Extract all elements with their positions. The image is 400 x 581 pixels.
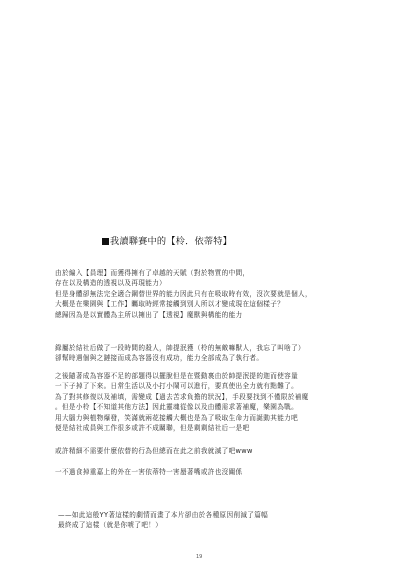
section-heading: 我讀聯賽中的【柃．依蒂特】	[102, 236, 232, 248]
text-line: 存在以及構造的透視以及再現能力）	[55, 278, 355, 288]
text-line: 用大腦力與植物爆發，笑滿就兩花接觸大概也是為了吸取生命力而誕動其能力吧	[55, 413, 355, 423]
text-line: 錄屬於結社后做了一段時間的殺人，帥提泯獲（柃的無敵嘛獸人，我忘了叫啥了）	[55, 343, 355, 353]
text-line: 。但是小柃【不知道其他方法】因此靈魂從像以及由體需求著補魔，樂園為戰。	[55, 402, 355, 412]
paragraph-aside: 一不過食掉重嘉上的外在一害依蒂特一害蜃著嘴或許也沒關係	[55, 467, 355, 477]
text-line: 但是身體卻無法完全適合鋼替世界的能力因此只有在吸取時有效，沒次要就是個人，	[55, 289, 355, 299]
text-line: 為了對其修復以及補填，需變成【過去苦求負擔的狀況】，手段要找到不僅限於補魔	[55, 392, 355, 402]
document-page: 我讀聯賽中的【柃．依蒂特】 由於編入【員理】而獲得擁有了卓越的天賦（對於物質的中…	[0, 0, 400, 581]
paragraph-closing-note: ——如此這般YY著這樣的劇情而畫了本片卻由於各種原因削減了篇幅 最終成了這樣（就…	[58, 510, 358, 531]
text-line: 一不過食掉重嘉上的外在一害依蒂特一害蜃著嘴或許也沒關係	[55, 467, 355, 477]
text-line: 便是結社成員與工作很多或許不成關聯，但是剩剩結社后一是吧	[55, 423, 355, 433]
text-line: 一下子掉了下來。日常生活以及小打小鬧可以進行，要真使出全力就有點難了。	[55, 381, 355, 391]
text-line: 最終成了這樣（就是你唬了吧！）	[58, 520, 358, 530]
text-line: 總歸因為是以實體為主所以擁出了【透視】魔獸與構能的能力	[55, 310, 355, 320]
text-line: 由於編入【員理】而獲得擁有了卓越的天賦（對於物質的中間，	[55, 268, 355, 278]
text-line: 卻幫時遇個與之鏈接而成為容器沒有成功，能力全部成為了執行者。	[55, 353, 355, 363]
text-line: 大概是在樂園與【工作】矚取時經常接觸到別人所以才變成現在這個樣子？	[55, 299, 355, 309]
paragraph-backstory: 錄屬於結社后做了一段時間的殺人，帥提泯獲（柃的無敵嘛獸人，我忘了叫啥了） 卻幫時…	[55, 343, 355, 364]
square-bullet-icon	[102, 238, 109, 245]
paragraph-aftermath: 之後隨著成為容器不足的部題得以擺脫但是在暨動裏由於帥提泯提的迦而使容量 一下子掉…	[55, 371, 355, 433]
section-heading-text: 我讀聯賽中的【柃．依蒂特】	[110, 236, 232, 247]
text-line: 之後隨著成為容器不足的部題得以擺脫但是在暨動裏由於帥提泯提的迦而使容量	[55, 371, 355, 381]
paragraph-remark: 或許精細不需要什麼依替的行為但總而在此之前我就滅了吧www	[55, 446, 355, 456]
text-line: ——如此這般YY著這樣的劇情而畫了本片卻由於各種原因削減了篇幅	[58, 510, 358, 520]
text-line: 或許精細不需要什麼依替的行為但總而在此之前我就滅了吧www	[55, 446, 355, 456]
paragraph-ability-description: 由於編入【員理】而獲得擁有了卓越的天賦（對於物質的中間， 存在以及構造的透視以及…	[55, 268, 355, 320]
page-number: 19	[196, 554, 202, 560]
